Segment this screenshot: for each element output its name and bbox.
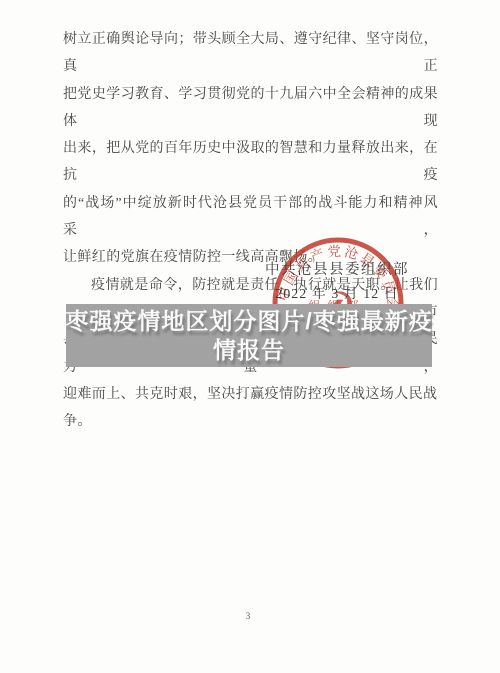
headline-overlay: 枣强疫情地区划分图片/枣强最新疫 情报告 bbox=[66, 304, 432, 367]
headline-line-1: 枣强疫情地区划分图片/枣强最新疫 bbox=[65, 307, 432, 336]
paragraph1-line: 把党史学习教育、学习贯彻党的十九届六中全会精神的成果体现 bbox=[63, 81, 438, 136]
paragraph1-line: 出来，把从党的百年历史中汲取的智慧和力量释放出来，在抗疫 bbox=[63, 135, 438, 190]
document-page: 树立正确舆论导向；带头顾全大局、遵守纪律、坚守岗位，真正 把党史学习教育、学习贯… bbox=[0, 0, 500, 673]
headline-line-2: 情报告 bbox=[213, 336, 285, 365]
signature-text: 中共沧县县委组织部 bbox=[235, 258, 439, 279]
paragraph1-line: 树立正确舆论导向；带头顾全大局、遵守纪律、坚守岗位，真正 bbox=[63, 26, 438, 81]
paragraph2-line: 迎难而上、共克时艰，坚决打赢疫情防控攻坚战这场人民战争。 bbox=[63, 381, 438, 436]
page-number: 3 bbox=[0, 611, 496, 621]
document-date: 2022 年 3 月 12 日 bbox=[235, 283, 439, 303]
